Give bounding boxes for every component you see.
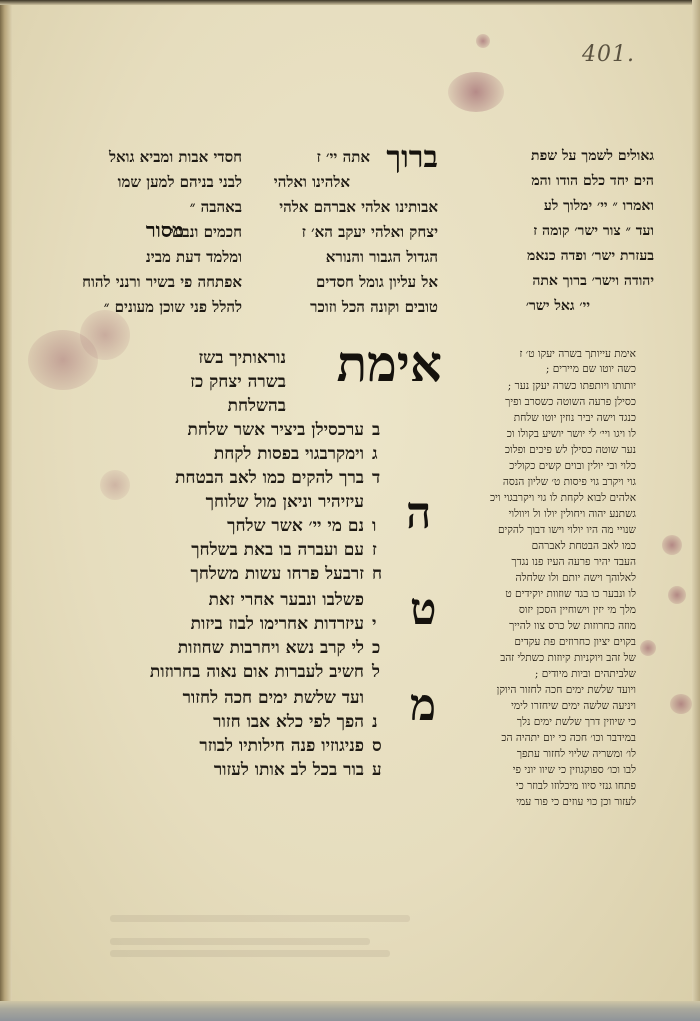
commentary-line: שנויי מה היו יולוי וישו דבוך להקים [498,524,636,536]
folio-number: 401. [582,42,635,67]
text-line: הגדול הגבור והנורא [326,248,438,267]
text-line: בעזרת ישר׳ ופדה כנאמ [527,248,654,265]
text-line: לבני בניהם למען שמו [118,173,242,192]
text-line: לי קרב נשא ויחרבות שחוזות [178,638,364,658]
text-line: עיזיהיר וניאן מול שלוחך [206,492,364,512]
commentary-line: העבד יהיר פרעה העיז פנו נגדך [512,556,636,568]
binding-edge [0,0,12,1021]
stain-left-2 [80,310,130,360]
text-line: יצחק ואלהי יעקב הא׳ ז [302,223,438,242]
right-page-edge [692,0,700,1021]
text-line: חשיב לעברות אום נאוה בחרוזות [150,662,364,682]
commentary-line: מלך מי יזין וישוחיין הסכן יזוס [519,604,636,616]
margin-letter-tet: ט [410,584,437,635]
acrostic-letter: כ [372,638,380,658]
text-line: הפך לפי כלא אבו חזור [213,712,364,732]
text-line: טובים וקונה הכל וזוכר [310,298,438,317]
stain-right-1 [662,535,682,555]
text-line: יהודה וישר׳ ברוך אתה [532,273,654,290]
commentary-line: מוזה כחרוזות של כרס צוו להייך [509,620,636,632]
text-line: אפתחה פי בשיר ורנני להוח [82,273,242,292]
text-line: אבותינו אלהי אברהם אלהי [279,198,438,217]
acrostic-letter: נ [372,712,378,732]
commentary-line: לאלוהך וישה יותם ולו שלחלה [516,572,636,584]
commentary-line: לו ונבער כו בגד שוזוות יוקידים ט [505,588,636,600]
text-line: זרבעל פרחו עשות משלחך [191,564,364,584]
text-line: פשלבו ונבער אחרי זאת [209,590,364,610]
commentary-line: גוי ויקרב גוי פיסות ט׳ שליון הנסה [503,476,636,488]
commentary-line: לו ויגו ויי׳ לי יושר יושיע בקולו וכ [507,428,636,440]
acrostic-letter: י [372,614,376,634]
text-line: יי׳ גאל ישר׳ [526,298,590,315]
commentary-line: שלביתהים וביות מיודים ; [535,668,636,680]
acrostic-letter: ג [372,444,378,464]
text-line: להלל פני שוכן מעונים ״ [104,298,242,317]
acrostic-letter: ס [372,736,382,756]
commentary-line: כמו לאב הבטחת לאברהם [532,540,636,552]
text-line: חסדי אבות ומביא גואל [109,148,242,167]
commentary-line: ויועד שלשת ימים חכה לחזור היוקן [497,684,636,696]
text-line: פניגוזיו פנה חילותיו לבוזר [199,736,364,756]
text-line: נם מי יי׳ אשר שלחך [227,516,364,536]
acrostic-letter: ח [372,564,382,584]
text-line: גאולים לשמך על שפת [531,148,654,165]
stain-right-4 [670,694,692,714]
text-line: עם ועברה בו באת בשלחך [191,540,364,560]
commentary-line: בקוים יציון כחרוזים פת עקדים [514,636,636,648]
bottom-page-edge [0,1001,700,1021]
acrostic-letter: ל [372,662,380,682]
manuscript-page: 401. גאולים לשמך על שפת הים יחד כלם הודו… [0,0,700,1021]
text-line: ואמרו ״ יי׳ ימלוך לע [544,198,654,215]
piyyut-title-word: אימת [337,334,442,393]
commentary-line: לו׳ ומשריה שליוי לחזור עתפך [517,748,636,760]
text-line: בור בכל לב אותו לעזור [214,760,364,780]
commentary-line: פתחו גנזי סיוו מיכלוזו לבוזר כי [516,780,636,792]
commentary-line: כלוי ובי יולין ובוים קשים כקוליכ [509,460,636,472]
commentary-line: ויניעה שלשה ימים שיחזרו לימי [511,700,636,712]
text-line: אלהינו ואלהי [274,173,350,192]
commentary-line: במידבר וכו׳ חכה כי יום יתהיה הכ [501,732,636,744]
text-line: עיזרדות אחרימו לבוז ביזות [191,614,364,634]
text-line: וימקרבגוי בפסות לקחת [214,444,364,464]
initial-word-baruch: ברוך [386,140,438,175]
acrostic-letter: ד [372,468,380,488]
text-line: באהבה ״ [190,198,242,217]
commentary-line: יותותו ויותפתו כשרה יעקן נער ; [508,380,636,392]
stain-right-2 [668,586,686,604]
stain-top [448,72,504,112]
text-line: נוראותיך בשז [198,348,286,368]
commentary-line: של זהב ויוקניות קיוזות כשתלי זהב [500,652,636,664]
text-line: אתה יי׳ ז [317,148,370,167]
commentary-line: אלהים לבוא לקחת לו גוי ויקרבגוי ויכ [490,492,636,504]
margin-letter-he: ה [406,488,431,539]
commentary-line: כנגד וישה יביר נוזין יוטו שלחת [514,412,636,424]
margin-letter-mem: מ [410,680,436,731]
commentary-line: גשתנע יהוה ויחולין יולו ול ויוולוי [509,508,636,520]
acrostic-letter: ז [372,540,377,560]
text-line: ערכסילן ביציר אשר שלחת [187,420,364,440]
stain-left-3 [100,470,130,500]
commentary-line: כשה יוטו שם מיירים ; [546,363,636,375]
commentary-line: נער שוטה כסילן לש פיכים ופלוכ [505,444,636,456]
commentary-line: לעזור וכן כוי עוזים כי פור עמי [516,796,636,808]
text-line: ברך להקים כמו לאב הבטחת [175,468,364,488]
commentary-line: אימת עייותך בשרה יעקו ט׳ ז [520,348,636,360]
text-line: ומלמד דעת מבינ [146,248,242,267]
show-through-line [110,915,410,922]
commentary-line: כסילן פרעה השוטה כשסרב ופיך [505,396,636,408]
text-line: ועד ״ צור ישר׳ קומה ז [533,223,654,240]
text-line: חכמים ונבוני [170,223,242,242]
acrostic-letter: ע [372,760,382,780]
stain-right-3 [640,640,656,656]
top-page-edge [0,0,700,5]
show-through-line [110,950,390,957]
show-through-line [110,938,370,945]
text-line: אל עליון גומל חסדים [316,273,438,292]
commentary-line: לבו וכו׳ ספוקגוזין כי שיוו יוני פי [513,764,636,776]
text-line: הים יחד כלם הודו והמ [531,173,654,190]
commentary-line: כי שיוזין דרך שלשת ימים נלך [517,716,636,728]
text-line: בשרה יצחק כז [190,372,286,392]
text-line: ועד שלשת ימים חכה לחזור [183,688,364,708]
text-line: בהשלחת [228,396,286,416]
acrostic-letter: ב [372,420,380,440]
stain-top-small [476,34,490,48]
acrostic-letter: ו [372,516,376,536]
